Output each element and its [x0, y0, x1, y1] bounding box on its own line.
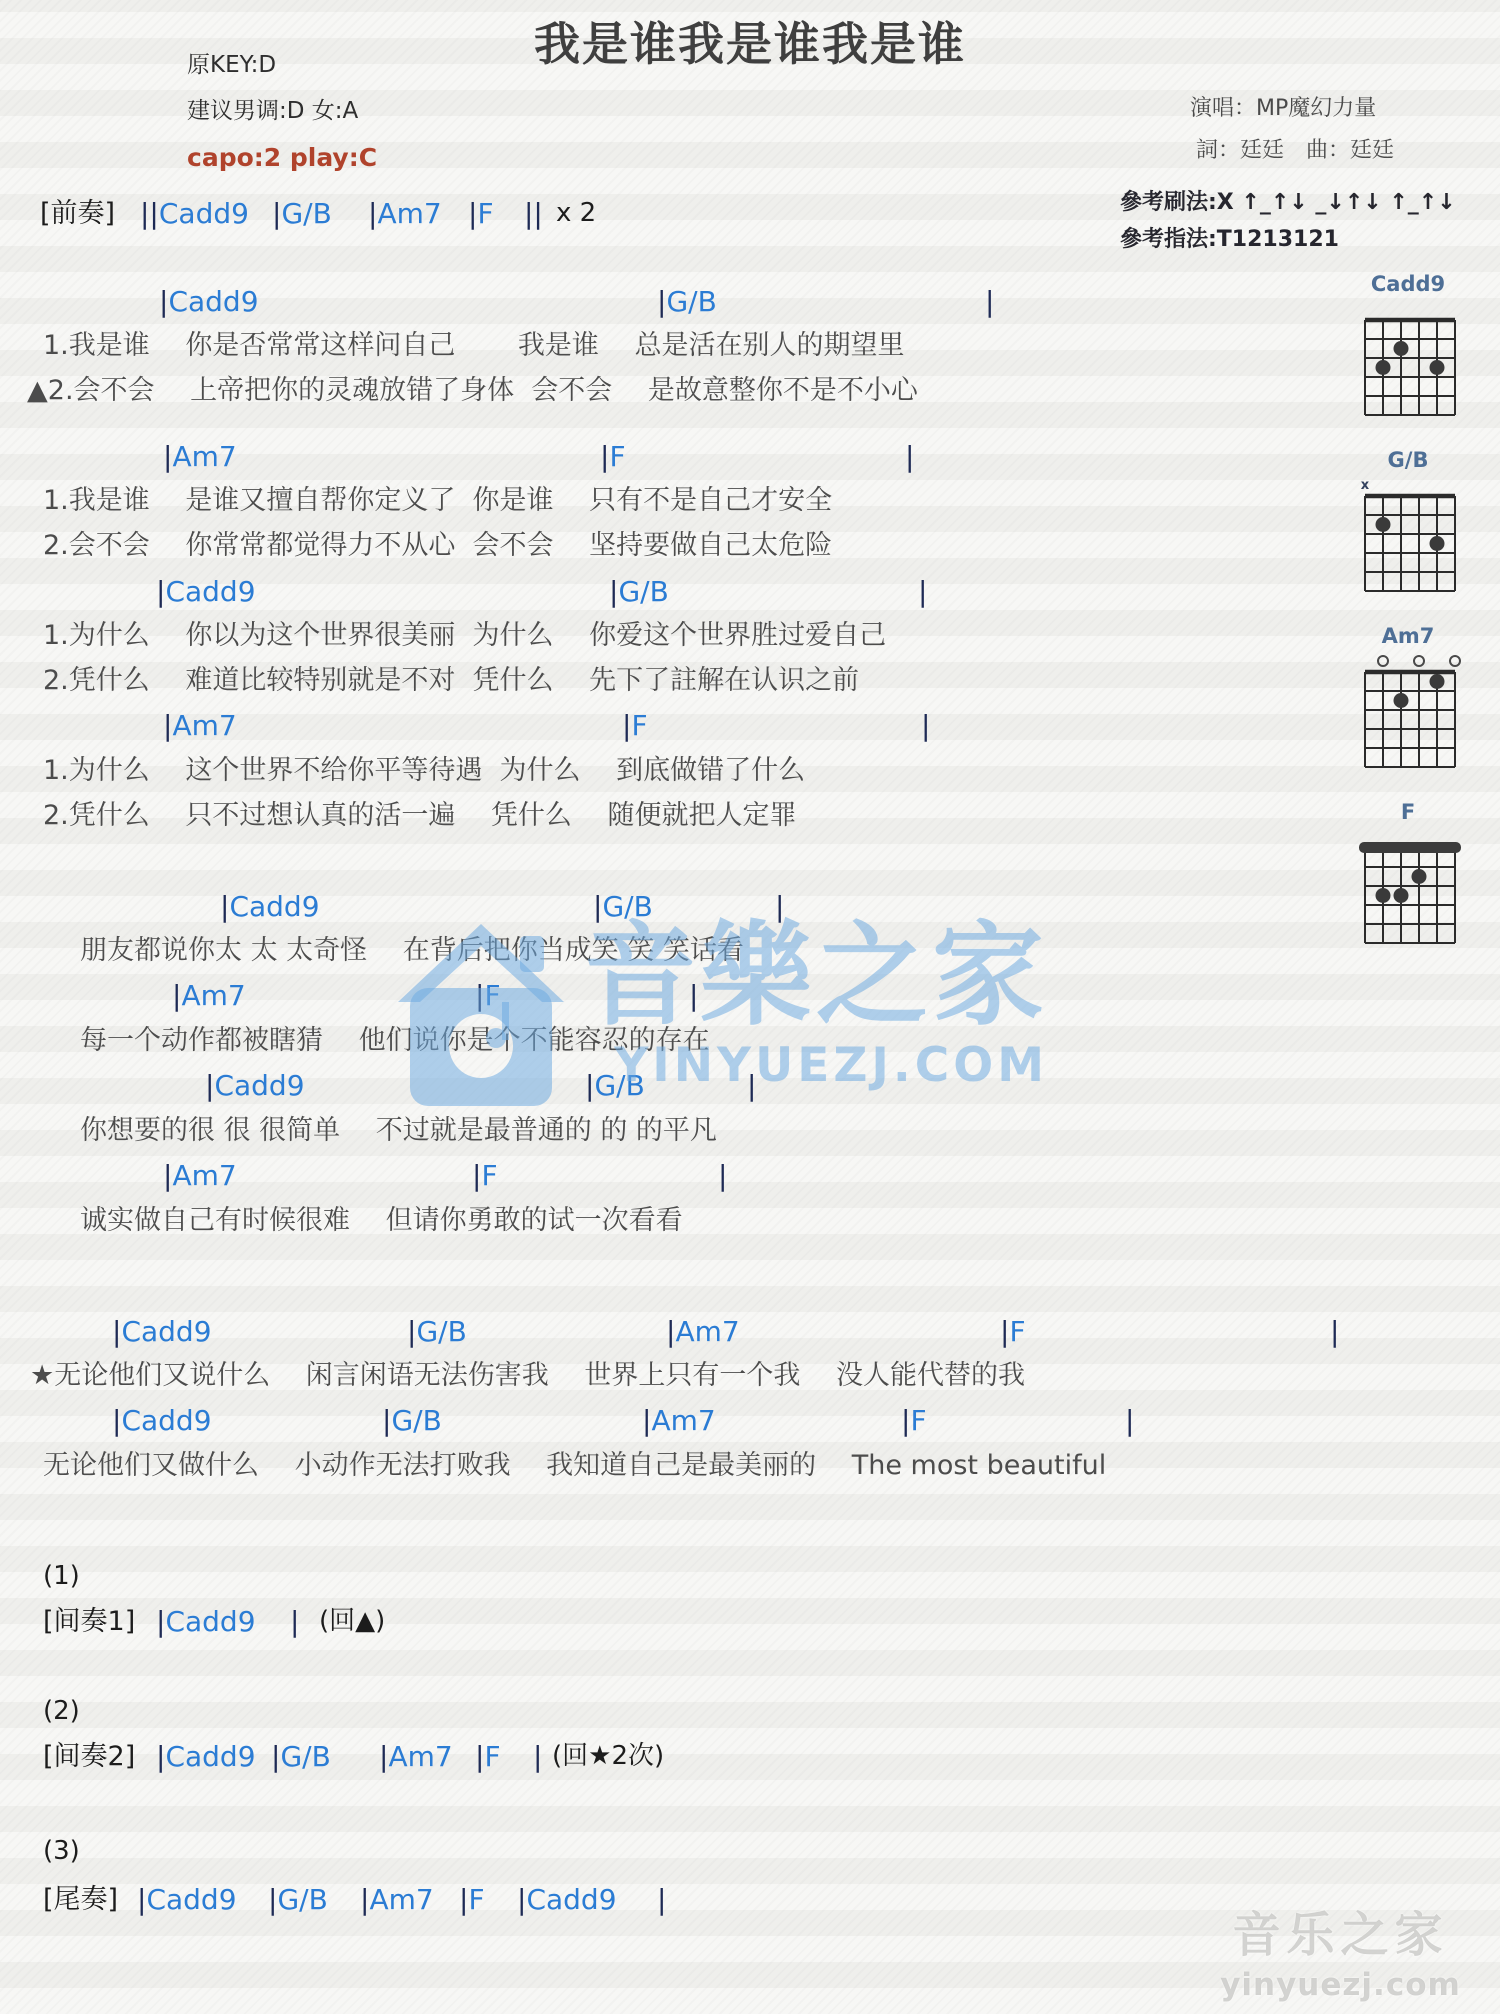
lyric-text: 2.凭什么 只不过想认真的活一遍 凭什么 随便就把人定罪 — [43, 802, 797, 829]
lyric-text: 朋友都说你太 太 太奇怪 在背后把你当成笑 笑 笑话看 — [80, 937, 744, 964]
chord-name: F — [1009, 1315, 1025, 1348]
suggested-keys-label: 建议男调:D 女:A — [187, 98, 358, 124]
chord-symbol: |G/B — [585, 1072, 645, 1100]
chord-name: G/B — [281, 197, 331, 230]
chord-name: Cadd9 — [214, 1069, 304, 1102]
chord-name: Cadd9 — [168, 285, 258, 318]
bar-line: | — [775, 893, 784, 921]
chord-name: Am7 — [181, 979, 245, 1012]
section-label: [间奏1] — [43, 1608, 135, 1635]
chord-name: Cadd9 — [159, 197, 249, 230]
chord-symbol: |Am7 — [163, 1162, 237, 1190]
chord-symbol: |F — [459, 1886, 485, 1914]
bar-line: | — [290, 1608, 299, 1636]
chord-diagram-cadd9: Cadd9 — [1338, 272, 1478, 426]
annotation-text: (1) — [43, 1563, 80, 1589]
annotation-text: (2) — [43, 1698, 80, 1724]
chord-name: F — [910, 1404, 926, 1437]
chord-name: G/B — [618, 575, 668, 608]
lyric-text: ★无论他们又说什么 闲言闲语无法伤害我 世界上只有一个我 没人能代替的我 — [30, 1362, 1025, 1389]
chord-diagram-gb: G/Bx — [1338, 448, 1478, 602]
section-label: [尾奏] — [43, 1886, 118, 1913]
lyric-text: 每一个动作都被瞎猜 他们说你是个不能容忍的存在 — [80, 1027, 710, 1054]
chord-name: Am7 — [388, 1740, 452, 1773]
chord-name: Am7 — [172, 440, 236, 473]
corner-watermark-subtext: yinyuezj.com — [1198, 1967, 1483, 2003]
section-label: [间奏2] — [43, 1743, 135, 1770]
chord-name: Cadd9 — [165, 1605, 255, 1638]
chord-symbol: |Am7 — [368, 200, 442, 228]
bar-line: | — [921, 712, 930, 740]
finger-pattern-label: 參考指法:T1213121 — [1120, 227, 1339, 252]
chord-symbol: |F — [468, 200, 494, 228]
lyric-text: 你想要的很 很 很简单 不过就是最普通的 的 的平凡 — [80, 1117, 717, 1144]
chord-name: Cadd9 — [165, 1740, 255, 1773]
chord-diagram-label: Am7 — [1338, 624, 1478, 648]
svg-text:x: x — [1361, 478, 1370, 493]
chord-grid — [1343, 300, 1473, 422]
lyric-text: 诚实做自己有时候很难 但请你勇敢的试一次看看 — [80, 1207, 683, 1234]
chord-symbol: |Am7 — [163, 443, 237, 471]
chord-diagram-am7: Am7 — [1338, 624, 1478, 778]
chord-name: F — [609, 440, 625, 473]
chord-diagram-label: Cadd9 — [1338, 272, 1478, 296]
chord-symbol: |Cadd9 — [156, 1743, 256, 1771]
lyric-text: 无论他们又做什么 小动作无法打败我 我知道自己是最美丽的 The most be… — [43, 1452, 1106, 1479]
chord-name: F — [631, 709, 647, 742]
chord-symbol: |Am7 — [642, 1407, 716, 1435]
chord-name: Am7 — [651, 1404, 715, 1437]
chord-name: G/B — [602, 890, 652, 923]
lyric-text: 1.为什么 这个世界不给你平等待遇 为什么 到底做错了什么 — [43, 757, 805, 784]
corner-watermark-text: 音乐之家 — [1198, 1896, 1483, 1965]
bar-line: || — [140, 197, 159, 230]
chord-symbol: |Cadd9 — [220, 893, 320, 921]
performer-label: 演唱：MP魔幻力量 — [1190, 96, 1376, 121]
bar-line: || — [524, 200, 543, 228]
chord-name: Cadd9 — [121, 1315, 211, 1348]
lyric-text: 1.为什么 你以为这个世界很美丽 为什么 你爱这个世界胜过爱自己 — [43, 622, 886, 649]
chord-name: F — [484, 979, 500, 1012]
chord-name: G/B — [416, 1315, 466, 1348]
chord-symbol: |G/B — [593, 893, 653, 921]
chord-symbol: |Am7 — [666, 1318, 740, 1346]
annotation-text: x 2 — [556, 200, 596, 226]
lyric-text: 1.我是谁 是谁又擅自帮你定义了 你是谁 只有不是自己才安全 — [43, 487, 832, 514]
chord-symbol: |G/B — [407, 1318, 467, 1346]
bar-line: | — [1125, 1407, 1134, 1435]
chord-symbol: |G/B — [657, 288, 717, 316]
lyric-text: 1.我是谁 你是否常常这样问自己 我是谁 总是活在别人的期望里 — [43, 332, 905, 359]
chord-symbol: |Am7 — [360, 1886, 434, 1914]
chord-diagram-label: G/B — [1338, 448, 1478, 472]
chord-symbol: |Am7 — [172, 982, 246, 1010]
chord-name: Am7 — [172, 709, 236, 742]
chord-sheet-page: 我是谁我是谁我是谁 原KEY:D 建议男调:D 女:A capo:2 play:… — [0, 0, 1500, 2014]
annotation-text: (回★2次) — [552, 1743, 664, 1769]
chord-symbol: |Am7 — [379, 1743, 453, 1771]
annotation-text: (回▲) — [319, 1608, 385, 1634]
chord-grid — [1343, 652, 1473, 774]
chord-symbol: ||Cadd9 — [140, 200, 249, 228]
chord-symbol: |F — [475, 1743, 501, 1771]
chord-symbol: |Cadd9 — [137, 1886, 237, 1914]
chord-symbol: |G/B — [609, 578, 669, 606]
chord-symbol: |Cadd9 — [112, 1407, 212, 1435]
bar-line: | — [689, 982, 698, 1010]
chord-name: Am7 — [675, 1315, 739, 1348]
chord-name: G/B — [391, 1404, 441, 1437]
bar-line: | — [657, 1886, 666, 1914]
chord-symbol: |F — [901, 1407, 927, 1435]
chord-name: F — [468, 1883, 484, 1916]
chord-symbol: |Am7 — [163, 712, 237, 740]
chord-name: F — [481, 1159, 497, 1192]
chord-name: G/B — [594, 1069, 644, 1102]
chord-name: Cadd9 — [526, 1883, 616, 1916]
bar-line: | — [918, 578, 927, 606]
chord-name: F — [484, 1740, 500, 1773]
chord-symbol: |G/B — [268, 1886, 328, 1914]
chord-name: Cadd9 — [121, 1404, 211, 1437]
lyric-text: 2.凭什么 难道比较特别就是不对 凭什么 先下了註解在认识之前 — [43, 667, 859, 694]
chord-grid — [1343, 828, 1473, 950]
chord-symbol: |F — [600, 443, 626, 471]
chord-name: Am7 — [172, 1159, 236, 1192]
chord-name: F — [477, 197, 493, 230]
bar-line: | — [1330, 1318, 1339, 1346]
chord-diagram-label: F — [1338, 800, 1478, 824]
chord-name: G/B — [280, 1740, 330, 1773]
bar-line: | — [747, 1072, 756, 1100]
strum-pattern-label: 參考刷法:X ↑_↑↓ _↓↑↓ ↑_↑↓ — [1120, 190, 1456, 215]
section-label: [前奏] — [40, 200, 115, 227]
lyric-text: 2.会不会 你常常都觉得力不从心 会不会 坚持要做自己太危险 — [43, 532, 832, 559]
chord-symbol: |Cadd9 — [156, 578, 256, 606]
chord-symbol: |G/B — [272, 200, 332, 228]
original-key-label: 原KEY:D — [187, 52, 276, 78]
bar-line: | — [985, 288, 994, 316]
chord-name: Am7 — [369, 1883, 433, 1916]
credits-label: 詞：廷廷 曲：廷廷 — [1196, 138, 1394, 163]
chord-symbol: |F — [1000, 1318, 1026, 1346]
chord-diagram-f: F — [1338, 800, 1478, 954]
chord-name: Am7 — [377, 197, 441, 230]
chord-symbol: |G/B — [382, 1407, 442, 1435]
corner-watermark: 音乐之家 yinyuezj.com — [1198, 1896, 1483, 2003]
capo-label: capo:2 play:C — [187, 144, 377, 173]
annotation-text: (3) — [43, 1838, 80, 1864]
chord-symbol: |Cadd9 — [112, 1318, 212, 1346]
chord-name: Cadd9 — [229, 890, 319, 923]
chord-name: G/B — [666, 285, 716, 318]
chord-name: Cadd9 — [146, 1883, 236, 1916]
chord-symbol: |Cadd9 — [205, 1072, 305, 1100]
chord-symbol: |F — [475, 982, 501, 1010]
bar-line: | — [905, 443, 914, 471]
chord-symbol: |Cadd9 — [517, 1886, 617, 1914]
chord-symbol: |G/B — [271, 1743, 331, 1771]
bar-line: | — [533, 1743, 542, 1771]
chord-name: G/B — [277, 1883, 327, 1916]
chord-symbol: |Cadd9 — [159, 288, 259, 316]
chord-symbol: |Cadd9 — [156, 1608, 256, 1636]
chord-name: Cadd9 — [165, 575, 255, 608]
chord-symbol: |F — [622, 712, 648, 740]
chord-symbol: |F — [472, 1162, 498, 1190]
chord-grid: x — [1343, 476, 1473, 598]
bar-line: | — [718, 1162, 727, 1190]
lyric-text: ▲2.会不会 上帝把你的灵魂放错了身体 会不会 是故意整你不是不小心 — [27, 377, 918, 404]
